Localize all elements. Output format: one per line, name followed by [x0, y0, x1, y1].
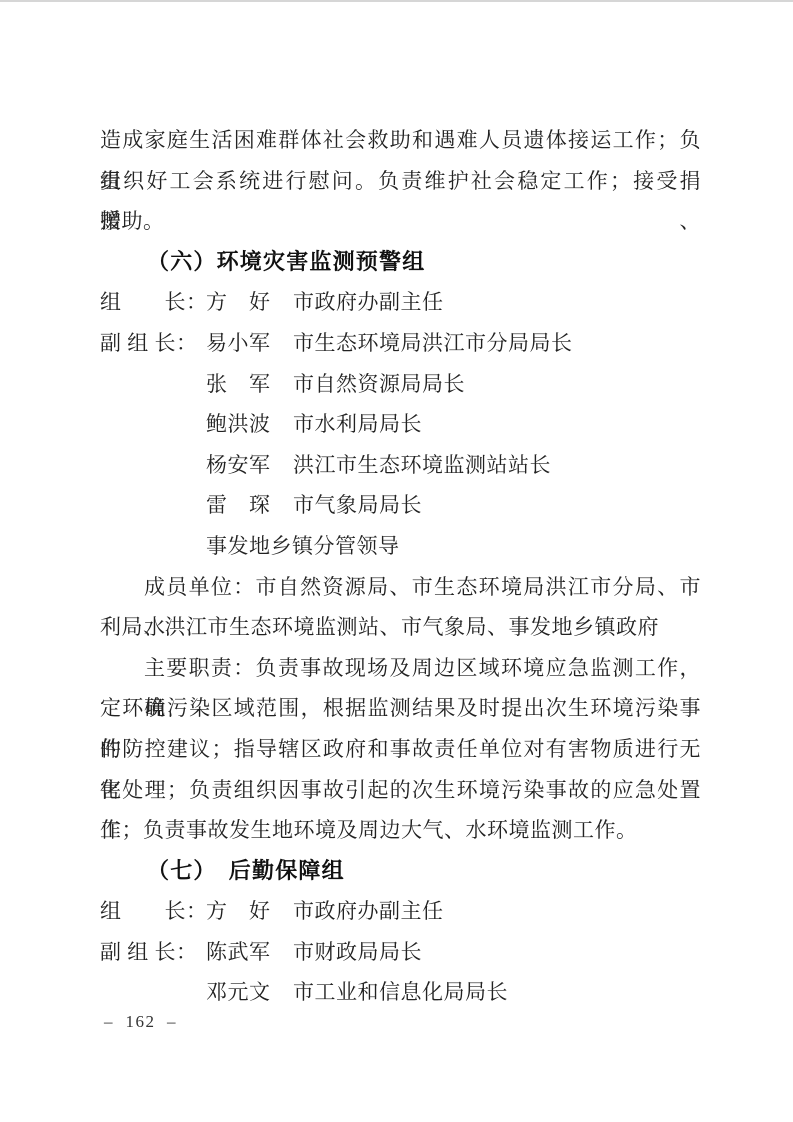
person-name: 陈武军 — [206, 932, 293, 973]
person-name: 鲍洪波 — [206, 404, 293, 445]
roster-label — [100, 404, 206, 445]
page-top-border — [0, 0, 793, 2]
intro-paragraph-line: 组织好工会系统进行慰问。负责维护社会稳定工作；接受捐赠、 — [100, 161, 701, 202]
roster-row: 张 军 市自然资源局局长 — [100, 364, 701, 405]
person-title: 市财政局局长 — [293, 932, 701, 973]
person-name: 易小军 — [206, 323, 293, 364]
person-title — [293, 526, 701, 567]
document-page: 造成家庭生活困难群体社会救助和遇难人员遗体接运工作；负责 组织好工会系统进行慰问… — [0, 0, 793, 1122]
person-name: 雷 琛 — [206, 485, 293, 526]
roster-label: 组 长： — [100, 891, 206, 932]
person-title: 市气象局局长 — [293, 485, 701, 526]
person-name: 张 军 — [206, 364, 293, 405]
duties-line: 作；负责事故发生地环境及周边大气、水环境监测工作。 — [100, 810, 701, 851]
section6-heading: （六）环境灾害监测预警组 — [100, 242, 701, 283]
roster-label: 副 组 长： — [100, 932, 206, 973]
duties-line: 化处理；负责组织因事故引起的次生环境污染事故的应急处置工 — [100, 770, 701, 811]
roster-row: 杨安军 洪江市生态环境监测站站长 — [100, 445, 701, 486]
roster-label — [100, 364, 206, 405]
person-title: 市政府办副主任 — [293, 891, 701, 932]
intro-paragraph-line: 造成家庭生活困难群体社会救助和遇难人员遗体接运工作；负责 — [100, 120, 701, 161]
roster-label: 组 长： — [100, 282, 206, 323]
roster-label — [100, 485, 206, 526]
page-number: – 162 – — [104, 1012, 177, 1032]
roster-row: 副 组 长： 陈武军 市财政局局长 — [100, 932, 701, 973]
person-title: 市自然资源局局长 — [293, 364, 701, 405]
person-title: 市政府办副主任 — [293, 282, 701, 323]
person-name: 方 好 — [206, 282, 293, 323]
roster-label — [100, 445, 206, 486]
roster-row: 组 长： 方 好 市政府办副主任 — [100, 282, 701, 323]
member-units-line: 利局、洪江市生态环境监测站、市气象局、事发地乡镇政府 — [100, 607, 701, 648]
duties-line: 定环境污染区域范围，根据监测结果及时提出次生环境污染事件 — [100, 688, 701, 729]
person-title: 市工业和信息化局局长 — [293, 972, 701, 1013]
roster-label — [100, 972, 206, 1013]
roster-row: 副 组 长： 易小军 市生态环境局洪江市分局局长 — [100, 323, 701, 364]
person-name: 杨安军 — [206, 445, 293, 486]
person-name: 邓元文 — [206, 972, 293, 1013]
page-content: 造成家庭生活困难群体社会救助和遇难人员遗体接运工作；负责 组织好工会系统进行慰问… — [100, 120, 701, 1013]
roster-row: 雷 琛 市气象局局长 — [100, 485, 701, 526]
duties-line: 的防控建议；指导辖区政府和事故责任单位对有害物质进行无害 — [100, 729, 701, 770]
person-name: 事发地乡镇分管领导 — [206, 526, 293, 567]
roster-row: 组 长： 方 好 市政府办副主任 — [100, 891, 701, 932]
roster-row: 鲍洪波 市水利局局长 — [100, 404, 701, 445]
person-name: 方 好 — [206, 891, 293, 932]
duties-line: 主要职责：负责事故现场及周边区域环境应急监测工作，确 — [100, 648, 701, 689]
person-title: 市生态环境局洪江市分局局长 — [293, 323, 701, 364]
person-title: 市水利局局长 — [293, 404, 701, 445]
section7-heading: （七） 后勤保障组 — [100, 851, 701, 892]
member-units-line: 成员单位：市自然资源局、市生态环境局洪江市分局、市水 — [100, 567, 701, 608]
roster-label: 副 组 长： — [100, 323, 206, 364]
roster-row: 邓元文 市工业和信息化局局长 — [100, 972, 701, 1013]
person-title: 洪江市生态环境监测站站长 — [293, 445, 701, 486]
roster-label — [100, 526, 206, 567]
roster-row: 事发地乡镇分管领导 — [100, 526, 701, 567]
